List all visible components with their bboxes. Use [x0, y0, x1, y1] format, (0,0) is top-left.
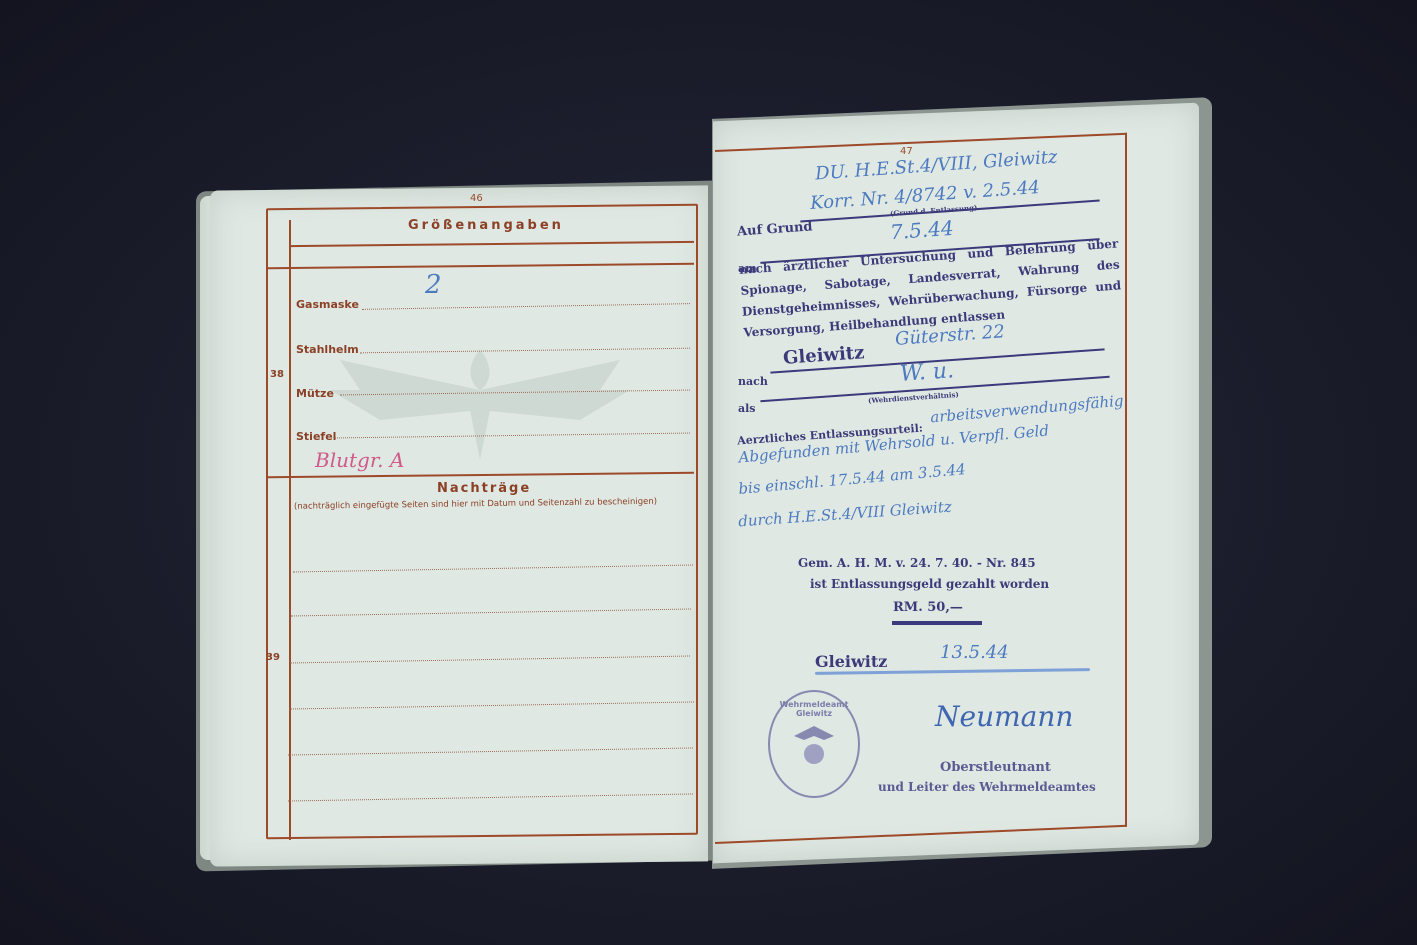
handwritten-als: W. u. [899, 358, 955, 387]
label-nach: nach [738, 375, 768, 388]
amount-underline [892, 621, 982, 625]
official-seal-stamp: Wehrmeldeamt Gleiwitz [768, 690, 860, 798]
page-number-46: 46 [470, 193, 483, 204]
field-label-stahlhelm: Stahlhelm [296, 343, 359, 356]
row-number-38: 38 [270, 369, 284, 380]
officer-rank: Oberstleutnant [940, 760, 1051, 775]
seal-eagle-icon [790, 722, 838, 772]
field-label-stiefel: Stiefel [296, 430, 336, 443]
row-number-39: 39 [266, 652, 280, 663]
officer-signature: Neumann [935, 700, 1073, 733]
field-value-gasmaske: 2 [425, 270, 442, 300]
field-label-gasmaske: Gasmaske [296, 298, 359, 311]
open-military-passbook: 46 Größenangaben 38 39 Gasmaske 2 Stahlh… [0, 0, 1417, 945]
stamp-place-gleiwitz: Gleiwitz [815, 652, 887, 671]
officer-office: und Leiter des Wehrmeldeamtes [878, 780, 1096, 794]
issue-date: 13.5.44 [940, 642, 1009, 663]
payment-regulation: Gem. A. H. M. v. 24. 7. 40. - Nr. 845 [798, 556, 1036, 570]
section-title-groessenangaben: Größenangaben [408, 218, 564, 233]
addendum-title: Nachträge [437, 481, 531, 496]
blood-group-note: Blutgr. A [315, 448, 404, 472]
payment-statement: ist Entlassungsgeld gezahlt worden [810, 577, 1049, 591]
field-label-muetze: Mütze [296, 387, 334, 400]
payment-amount: RM. 50,— [893, 600, 963, 615]
label-als: als [738, 402, 756, 415]
seal-text: Wehrmeldeamt Gleiwitz [770, 700, 858, 718]
row-number-column-divider [289, 220, 291, 840]
